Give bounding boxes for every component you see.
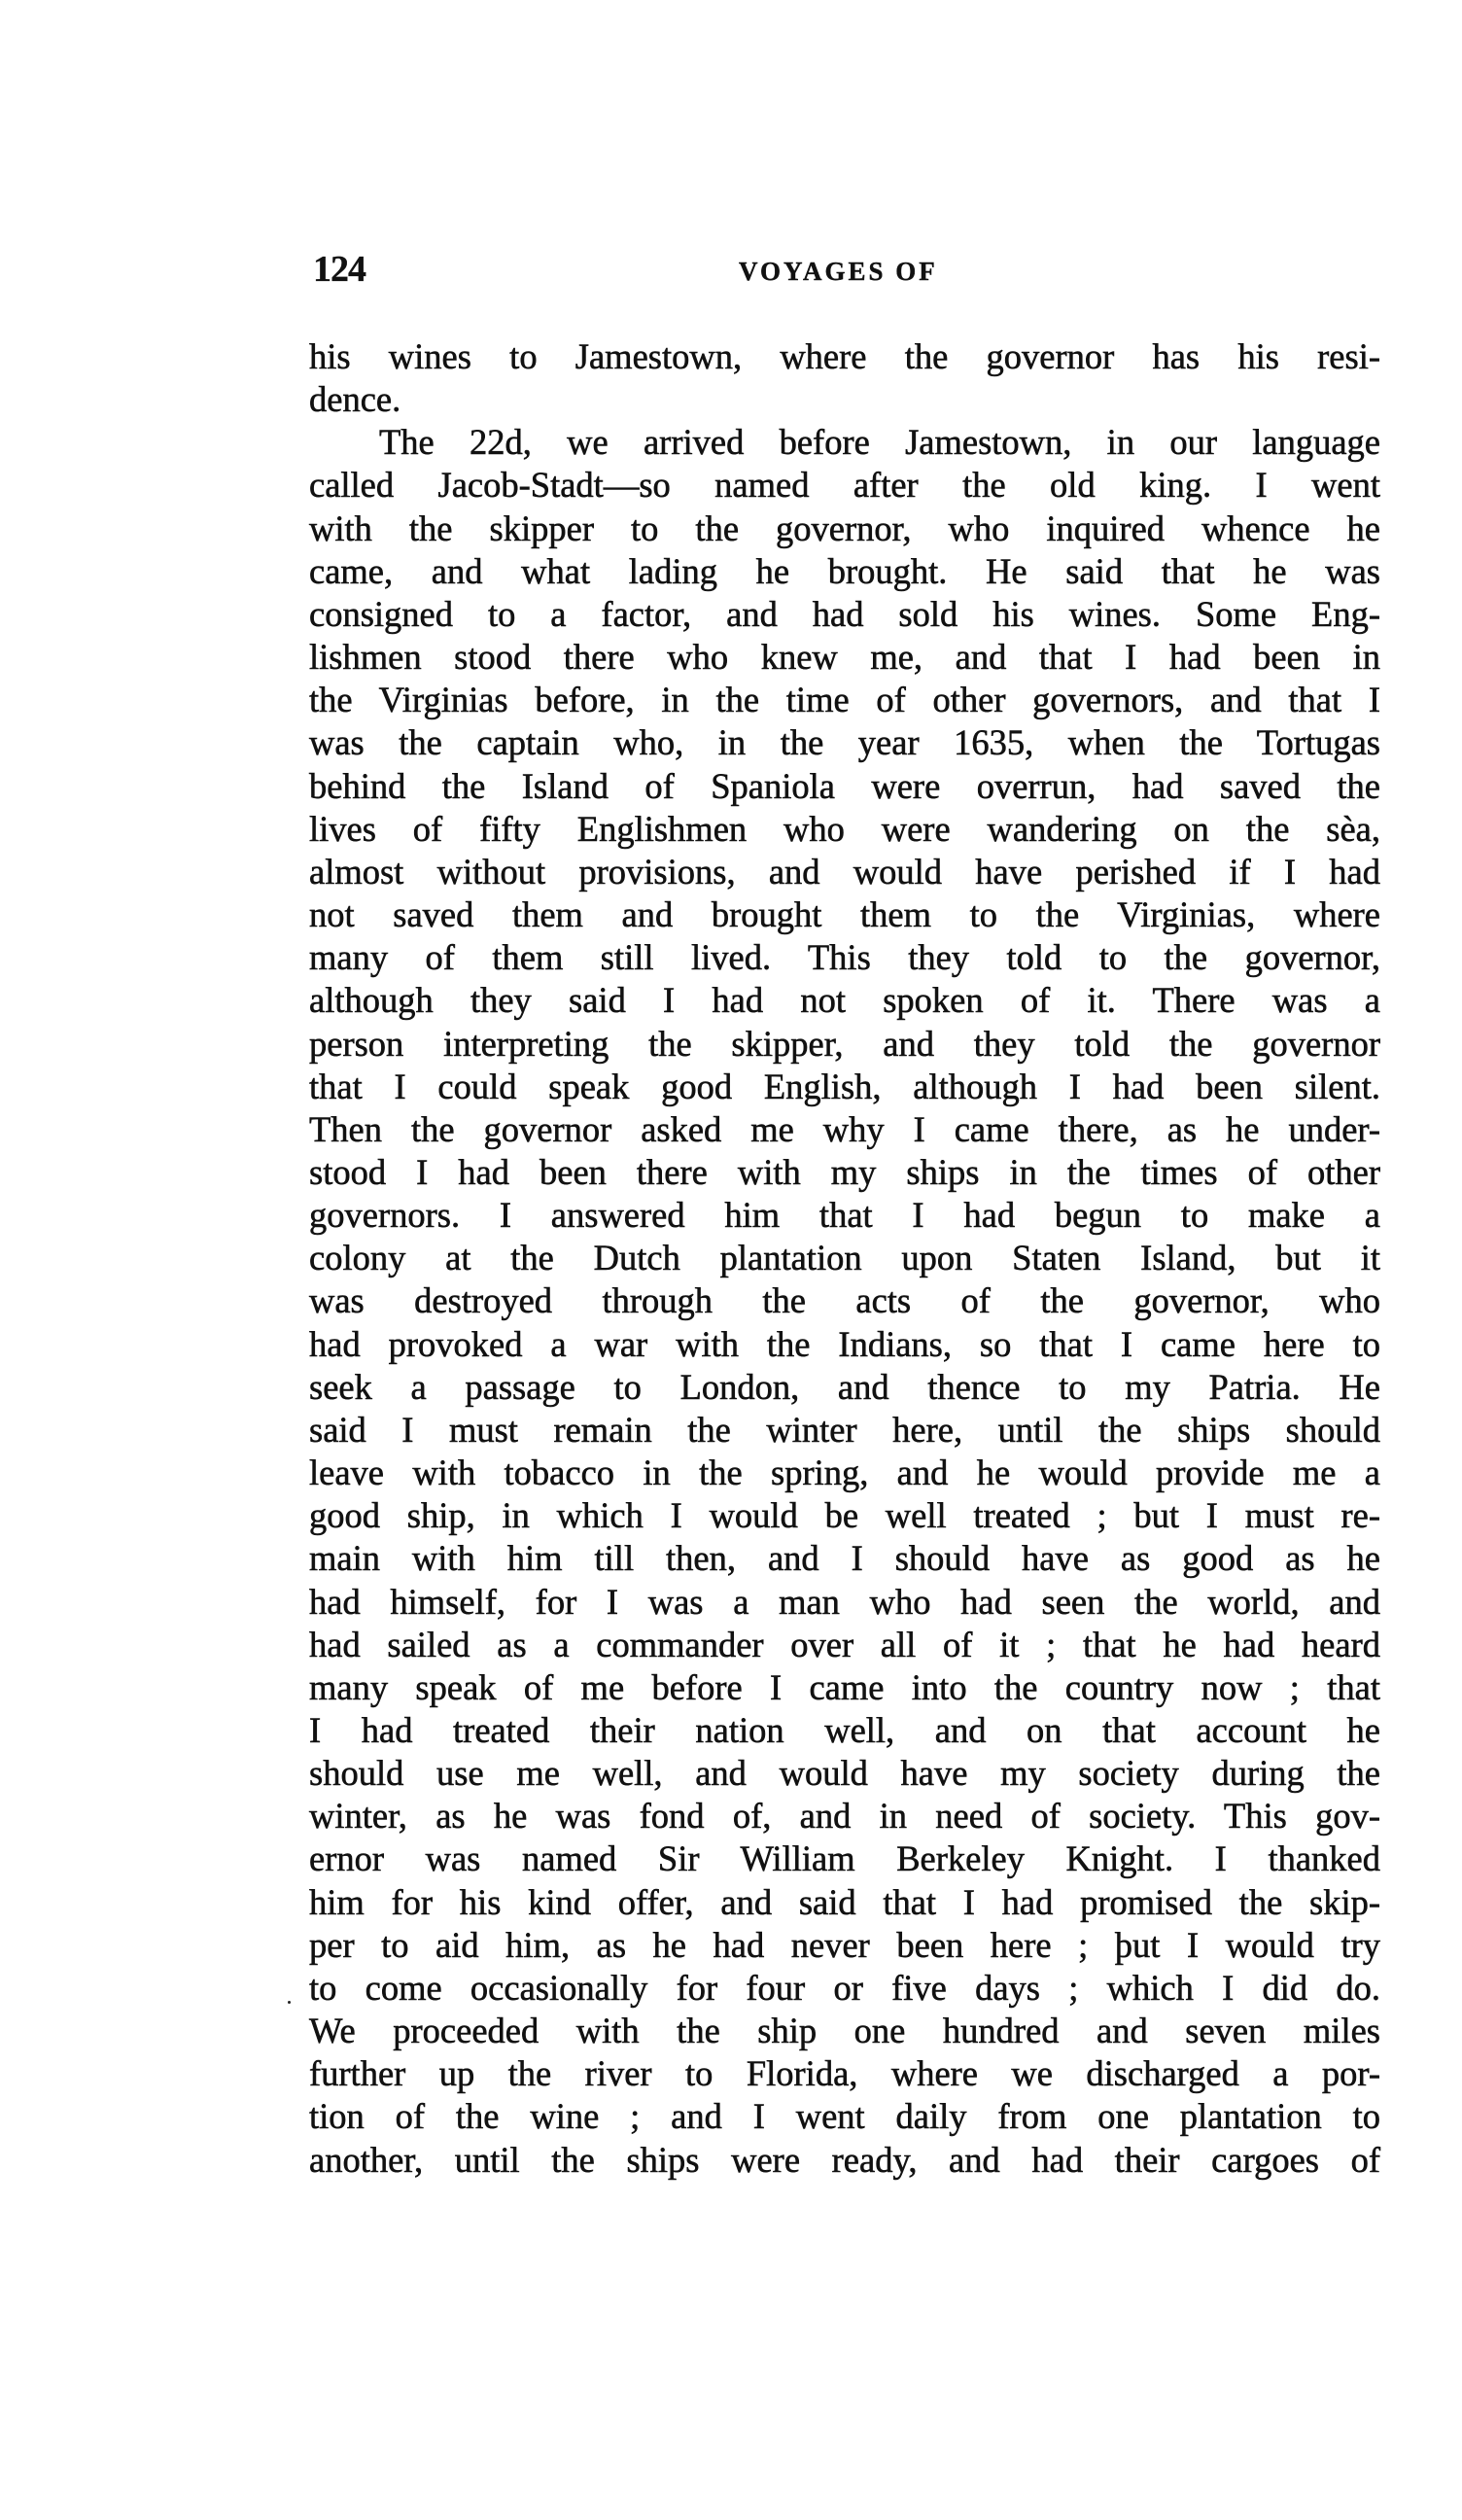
text-line: many of them still lived. This they told…: [309, 936, 1380, 979]
text-line: good ship, in which I would be well trea…: [309, 1494, 1380, 1537]
text-line: although they said I had not spoken of i…: [309, 979, 1380, 1022]
scan-speck: [288, 2001, 291, 2004]
text-line: person interpreting the skipper, and the…: [309, 1023, 1380, 1066]
text-line: per to aid him, as he had never been her…: [309, 1924, 1380, 1967]
text-line: winter, as he was fond of, and in need o…: [309, 1795, 1380, 1837]
text-line: that I could speak good English, althoug…: [309, 1066, 1380, 1108]
text-line: had sailed as a commander over all of it…: [309, 1624, 1380, 1666]
text-line: came, and what lading he brought. He sai…: [309, 550, 1380, 593]
text-line: had himself, for I was a man who had see…: [309, 1581, 1380, 1624]
text-line: lishmen stood there who knew me, and tha…: [309, 636, 1380, 679]
text-line: Then the governor asked me why I came th…: [309, 1108, 1380, 1151]
text-line: said I must remain the winter here, unti…: [309, 1409, 1380, 1452]
text-line: had provoked a war with the Indians, so …: [309, 1323, 1380, 1366]
text-line: ernor was named Sir William Berkeley Kni…: [309, 1837, 1380, 1880]
text-line: lives of fifty Englishmen who were wande…: [309, 808, 1380, 851]
text-line: leave with tobacco in the spring, and he…: [309, 1452, 1380, 1494]
text-line: tion of the wine ; and I went daily from…: [309, 2095, 1380, 2138]
text-line: colony at the Dutch plantation upon Stat…: [309, 1237, 1380, 1279]
text-line: many speak of me before I came into the …: [309, 1666, 1380, 1709]
running-head: 124 VOYAGES OF: [309, 248, 1380, 291]
paragraph-start-line: The 22d, we arrived before Jamestown, in…: [309, 421, 1380, 464]
book-page: 124 VOYAGES OF his wines to Jamestown, w…: [0, 0, 1462, 2520]
text-line: I had treated their nation well, and on …: [309, 1709, 1380, 1752]
text-line: was destroyed through the acts of the go…: [309, 1279, 1380, 1322]
text-line: not saved them and brought them to the V…: [309, 893, 1380, 936]
text-line: main with him till then, and I should ha…: [309, 1537, 1380, 1580]
running-title: VOYAGES OF: [739, 252, 938, 291]
body-text: his wines to Jamestown, where the govern…: [309, 335, 1380, 2182]
text-line: to come occasionally for four or five da…: [309, 1967, 1380, 2010]
page-number: 124: [313, 248, 365, 291]
text-line: was the captain who, in the year 1635, w…: [309, 721, 1380, 764]
text-line: We proceeded with the ship one hundred a…: [309, 2010, 1380, 2052]
text-line: should use me well, and would have my so…: [309, 1752, 1380, 1795]
text-line: him for his kind offer, and said that I …: [309, 1881, 1380, 1924]
text-line: with the skipper to the governor, who in…: [309, 507, 1380, 550]
text-line: governors. I answered him that I had beg…: [309, 1194, 1380, 1237]
text-line: the Virginias before, in the time of oth…: [309, 679, 1380, 721]
text-line: stood I had been there with my ships in …: [309, 1151, 1380, 1194]
text-line: called Jacob-Stadt—so named after the ol…: [309, 464, 1380, 507]
text-line: almost without provisions, and would hav…: [309, 851, 1380, 893]
text-line: further up the river to Florida, where w…: [309, 2052, 1380, 2095]
text-line: his wines to Jamestown, where the govern…: [309, 335, 1380, 378]
text-line: behind the Island of Spaniola were overr…: [309, 765, 1380, 808]
text-line: another, until the ships were ready, and…: [309, 2139, 1380, 2182]
text-line: seek a passage to London, and thence to …: [309, 1366, 1380, 1409]
text-line: consigned to a factor, and had sold his …: [309, 593, 1380, 636]
text-line: dence.: [309, 378, 1380, 421]
